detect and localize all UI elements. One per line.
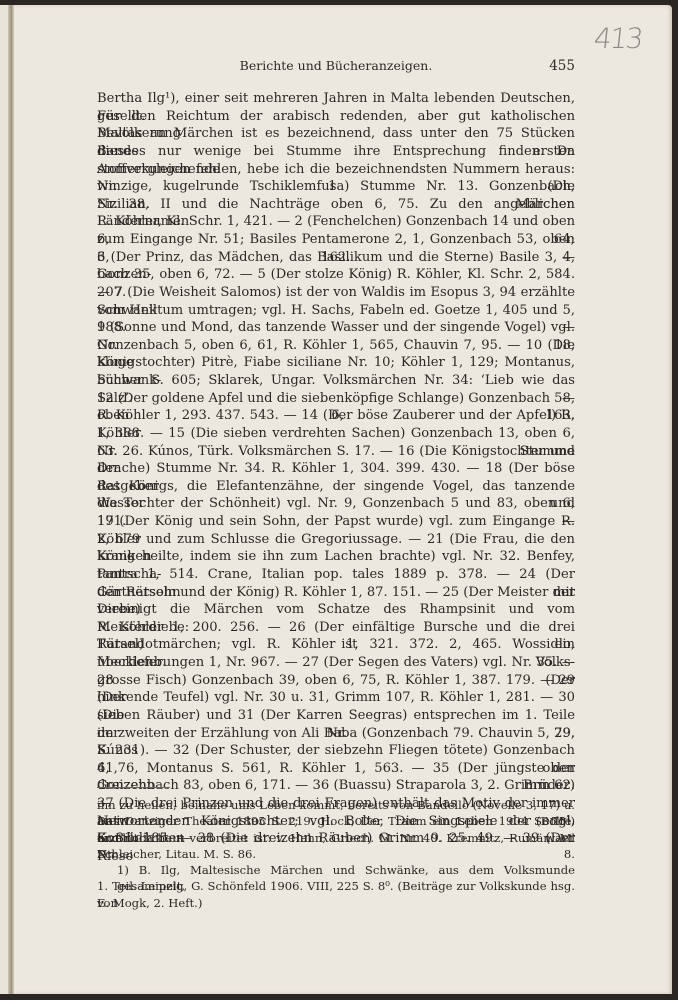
body-text-line: 1, 388. — 15 (Die sieben verdrehten Sach…: [97, 425, 575, 443]
body-text-line: Bertha Ilg¹), einer seit mehreren Jahren…: [97, 90, 575, 108]
body-text-line: Nr. 26. Kúnos, Türk. Volksmärchen S. 17.…: [97, 443, 575, 461]
body-text-line: vereinigt die Märchen vom Schatze des Rh…: [97, 601, 575, 619]
body-text-line: R. Köhler 1, 200. 256. — 26 (Der einfält…: [97, 619, 575, 637]
body-text-line: überlieferungen 1, Nr. 967. — 27 (Der Se…: [97, 654, 575, 672]
body-text-line: S. 231). — 32 (Der Schuster, der siebzeh…: [97, 742, 575, 760]
body-text-line: Anmerkungen fehlen, hebe ich die bezeich…: [97, 161, 575, 179]
body-text-line: Königstochter) Pitrè, Fiabe siciliane Nr…: [97, 354, 575, 372]
body-text-line: Bandes nur wenige bei Stumme ihre Entspr…: [97, 143, 575, 161]
body-text-line: sieben Räuber) und 31 (Der Karren Seegra…: [97, 707, 575, 725]
body-text-line: 19 (Der König und sein Sohn, der Papst w…: [97, 513, 575, 531]
book-spine-shadow: [8, 5, 14, 994]
body-text-line: 3 (Der Prinz, das Mädchen, das Basilikum…: [97, 249, 575, 267]
running-head-title: Berichte und Bücheranzeigen.: [97, 58, 575, 73]
footnote-1-line: 1) B. Ilg, Maltesische Märchen und Schwä…: [97, 862, 575, 878]
body-text-line: Für den Reichtum der arabisch redenden, …: [97, 108, 575, 126]
body-text-line: — 7 (Die Weisheit Salomos) ist der von W…: [97, 284, 575, 302]
footnote-continuation-line: ihn zu heilen, beinahe ums Leben kommt, …: [97, 797, 575, 813]
body-text-line: bach 35, oben 6, 72. — 5 (Der stolze Kön…: [97, 266, 575, 284]
body-text-line: den Rätseln und der König) R. Köhler 1, …: [97, 584, 575, 602]
footnote-continuation-line: Das Danziger Theater 1895 S. 219. Hock, …: [97, 813, 575, 829]
body-text-line: Turandotmärchen; vgl. R. Köhler 1, 321. …: [97, 636, 575, 654]
body-text-line: R. Köhler 1, 293. 437. 543. — 14 (Der bö…: [97, 407, 575, 425]
body-text-line: winzige, kugelrunde Tschiklemfusa) Stumm…: [97, 178, 575, 196]
body-text-line: die Tochter der Schönheit) vgl. Nr. 9, G…: [97, 495, 575, 513]
body-text-line: König heilte, indem sie ihn zum Lachen b…: [97, 548, 575, 566]
body-text-line: zum Eingange Nr. 51; Basiles Pentamerone…: [97, 231, 575, 249]
footnote-1-line: E. Mogk, 2. Heft.): [97, 895, 575, 911]
main-text-column: Bertha Ilg¹), einer seit mehreren Jahren…: [97, 90, 575, 848]
body-text-line: Gonzenbach 5, oben 6, 61, R. Köhler 1, 5…: [97, 337, 575, 355]
footnotes-area: ihn zu heilen, beinahe ums Leben kommt, …: [97, 797, 575, 911]
body-text-line: bücher S. 605; Sklarek, Ungar. Volksmärc…: [97, 372, 575, 390]
body-text-line: 2, 679 und zum Schlusse die Gregoriussag…: [97, 531, 575, 549]
page-number: 455: [549, 58, 575, 74]
body-text-line: Drache) Stumme Nr. 34. R. Köhler 1, 304.…: [97, 460, 575, 478]
body-text-line: des Königs, die Elefantenzähne, der sing…: [97, 478, 575, 496]
body-text-line: Nr. 38, II und die Nachträge oben 6, 75.…: [97, 196, 575, 214]
body-text-line: hinkende Teufel) vgl. Nr. 30 u. 31, Grim…: [97, 689, 575, 707]
handwritten-page-annotation: 413: [592, 22, 643, 55]
body-text-line: 12 (Der goldene Apfel und die siebenköpf…: [97, 390, 575, 408]
body-text-line: R. Köhler, Kl. Schr. 1, 421. — 2 (Fenche…: [97, 213, 575, 231]
body-text-line: grosse Fisch) Gonzenbach 39, oben 6, 75,…: [97, 672, 575, 690]
footnote-1-line: 1. Teil. Leipzig, G. Schönfeld 1906. VII…: [97, 878, 575, 894]
body-text-line: vom Heiltum umtragen; vgl. H. Sachs, Fab…: [97, 302, 575, 320]
body-text-line: 9 (Sonne und Mond, das tanzende Wasser u…: [97, 319, 575, 337]
body-text-line: im zweiten der Erzählung von Ali Baba (G…: [97, 725, 575, 743]
body-text-line: tantra 1, 514. Crane, Italian pop. tales…: [97, 566, 575, 584]
footnote-separator-rule: [97, 787, 169, 788]
page-gutter: [0, 5, 8, 994]
body-text-line: 6, 76, Montanus S. 561, R. Köhler 1, 563…: [97, 760, 575, 778]
body-text-line: Maltas an Märchen ist es bezeichnend, da…: [97, 125, 575, 143]
footnote-continuation-line: und noch heut verbreitet ist: v. Hahn, G…: [97, 830, 575, 846]
